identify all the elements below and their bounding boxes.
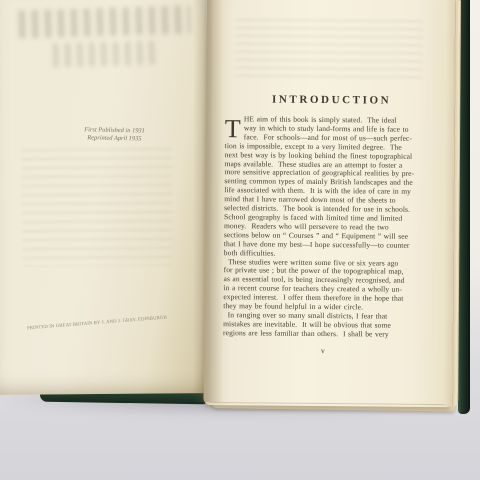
paragraph-1-text: HE aim of this book is simply stated. Th… <box>224 114 415 257</box>
page-bottom-edge-line <box>209 402 444 405</box>
edition-notice: First Published in 1931 Reprinted April … <box>53 126 175 144</box>
show-through-subtitle-smudge <box>52 40 159 67</box>
left-page: First Published in 1931 Reprinted April … <box>0 0 210 395</box>
page-number: v <box>223 345 423 356</box>
gutter-shadow <box>193 0 223 402</box>
page-text-block: INTRODUCTION THE aim of this book is sim… <box>223 93 438 356</box>
chapter-heading: INTRODUCTION <box>225 93 438 107</box>
drop-cap: T <box>225 115 244 141</box>
show-through-text-smudge <box>22 147 173 266</box>
right-page: INTRODUCTION THE aim of this book is sim… <box>203 0 454 407</box>
show-through-title-smudge <box>18 5 191 38</box>
show-through-text-smudge <box>234 18 423 82</box>
paragraph-2: These studies were written some five or … <box>223 258 436 313</box>
paragraph-3-text: In ranging over so many small districts,… <box>223 310 391 338</box>
paragraph-2-text: These studies were written some five or … <box>223 257 404 312</box>
book-photo-scene: First Published in 1931 Reprinted April … <box>0 0 480 480</box>
printer-imprint: PRINTED IN GREAT BRITAIN BY J. AND J. GR… <box>27 317 152 331</box>
paragraph-3: In ranging over so many small districts,… <box>223 311 436 340</box>
paragraph-1: THE aim of this book is simply stated. T… <box>224 115 438 259</box>
